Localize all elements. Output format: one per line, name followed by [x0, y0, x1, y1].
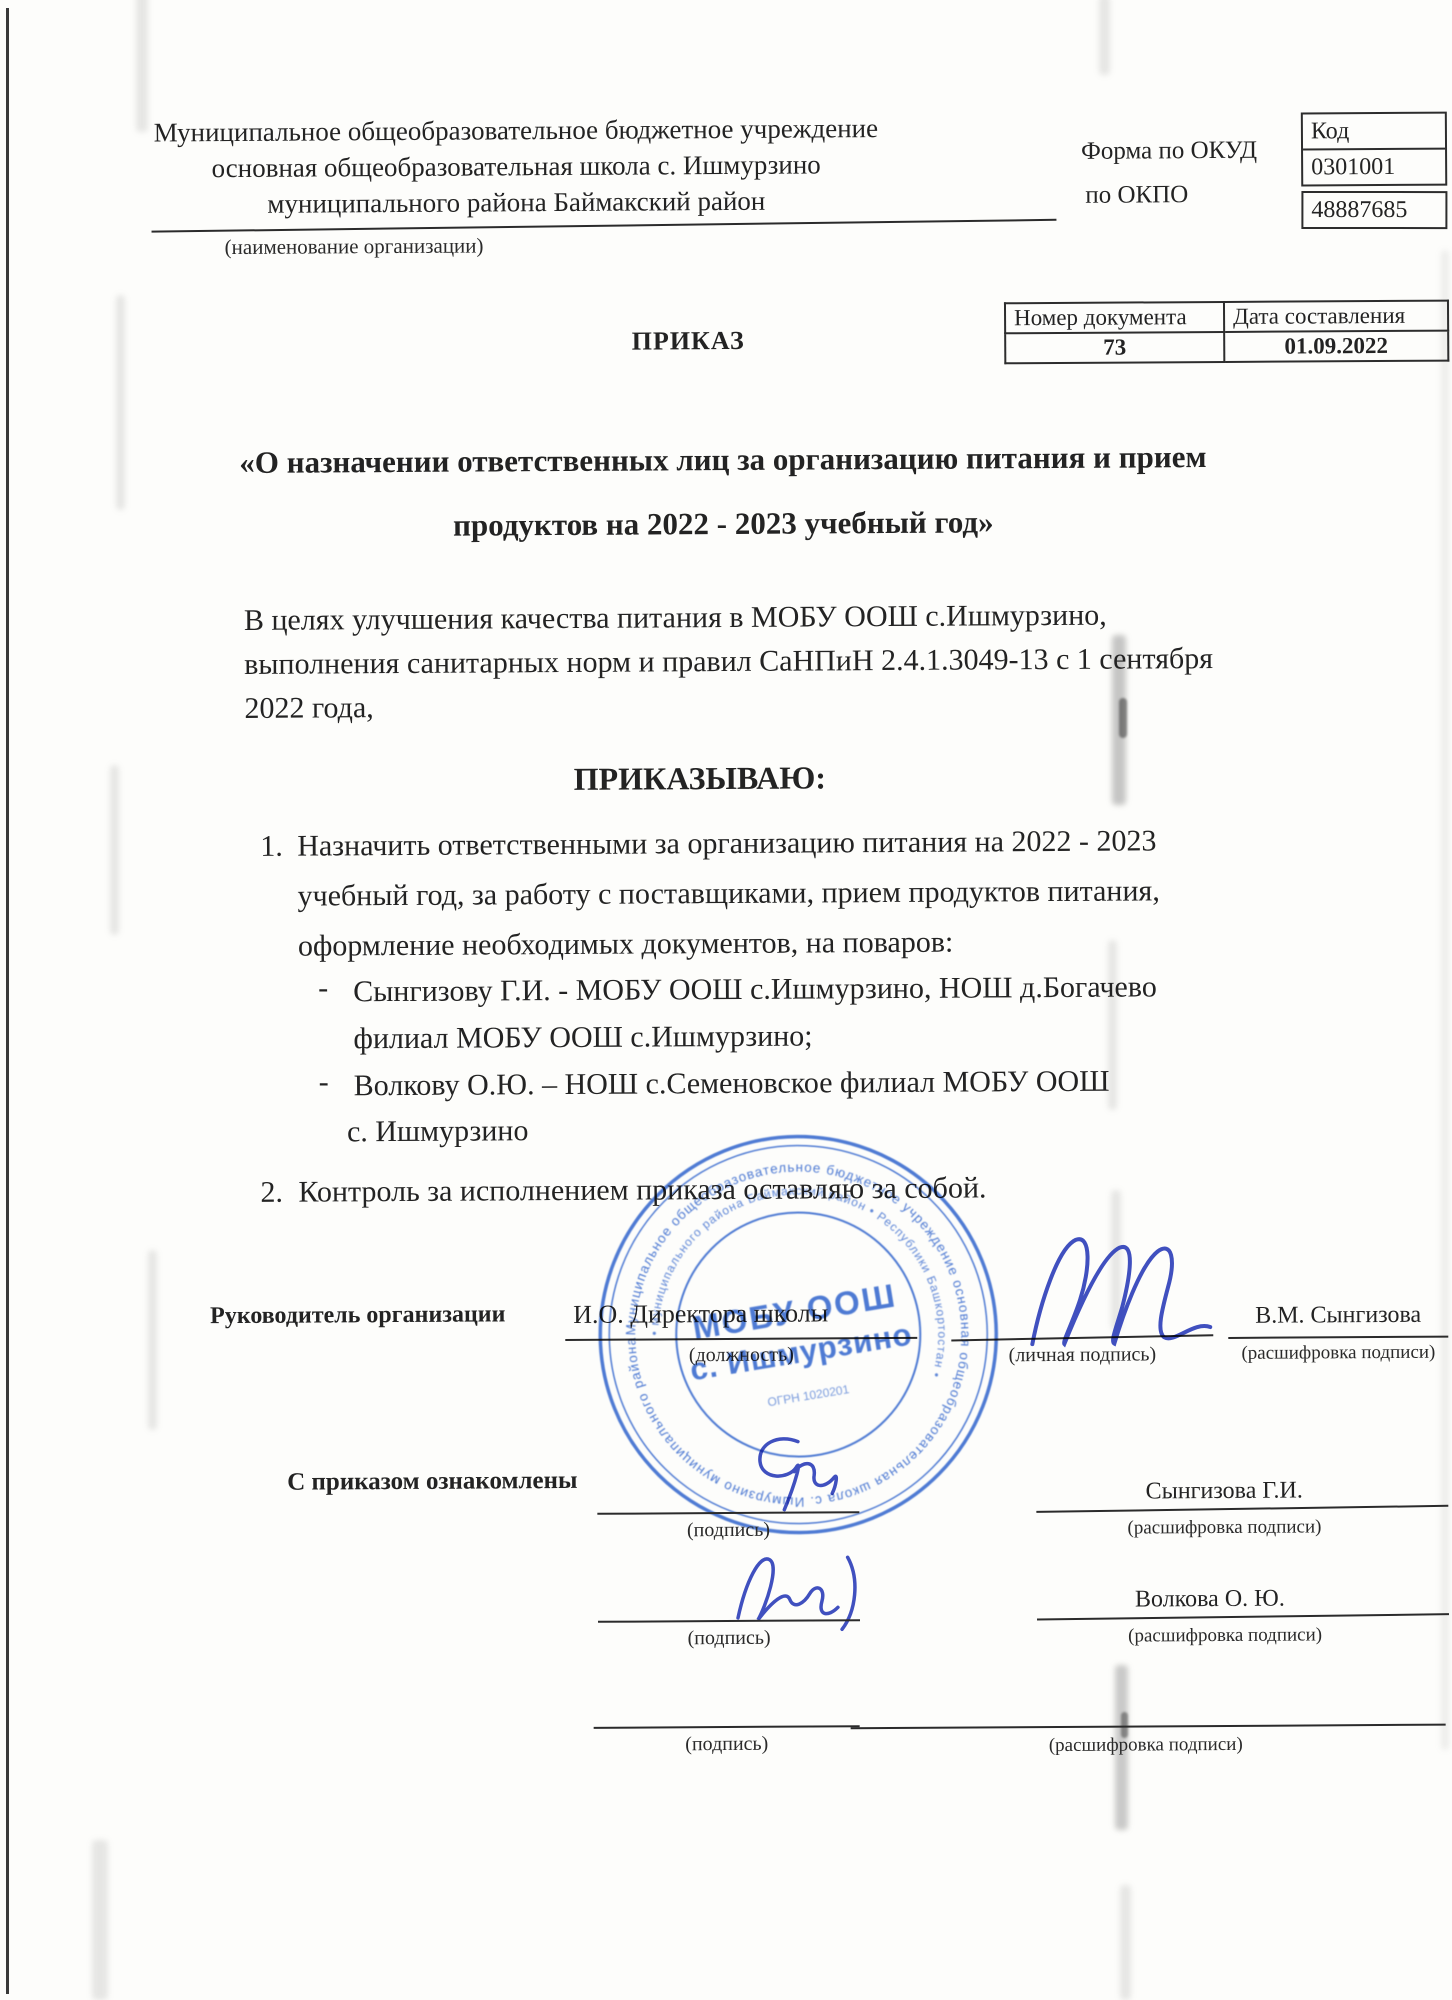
- org-name-line-2: основная общеобразовательная школа с. Иш…: [146, 147, 886, 186]
- item2-number: 2.: [260, 1173, 283, 1213]
- ack2-name-caption: (расшифровка подписи): [1065, 1624, 1385, 1648]
- item1-number: 1.: [260, 827, 283, 867]
- scanned-document-page: Муниципальное общеобразовательное бюджет…: [0, 0, 1452, 2000]
- order-label: ПРИКАЗ: [588, 326, 788, 357]
- leader-name-caption: (расшифровка подписи): [1228, 1342, 1448, 1365]
- okud-label: Форма по ОКУД: [1081, 137, 1257, 166]
- doc-date-header: Дата составления: [1224, 301, 1448, 332]
- ack-label: С приказом ознакомлены: [287, 1467, 578, 1497]
- sub1-line-1: Сынгизову Г.И. - МОБУ ООШ с.Ишмурзино, Н…: [353, 967, 1157, 1012]
- ack3-name-line: [851, 1724, 1446, 1730]
- leader-signature: [1018, 1225, 1234, 1366]
- leader-name-line: [1228, 1336, 1448, 1339]
- code-box: Код 0301001 48887685: [1301, 112, 1448, 230]
- stamp-small-text: ОГРН 1020201: [766, 1382, 850, 1409]
- intro-line-1: В целях улучшения качества питания в МОБ…: [244, 596, 1107, 641]
- doc-date-value: 01.09.2022: [1224, 331, 1448, 362]
- sub1-dash: -: [318, 968, 328, 1008]
- ack3-name-caption: (расшифровка подписи): [966, 1733, 1326, 1757]
- sub2-line-2: с. Ишмурзино: [347, 1111, 529, 1152]
- ack-signature-2: [720, 1539, 881, 1632]
- ack1-name-caption: (расшифровка подписи): [1064, 1516, 1384, 1540]
- code-okud-value: 0301001: [1303, 150, 1445, 185]
- ack2-name-line: [1037, 1613, 1449, 1620]
- code-okpo-value: 48887685: [1303, 193, 1445, 227]
- intro-line-3: 2022 года,: [244, 688, 374, 729]
- sub1-line-2: филиал МОБУ ООШ с.Ишмурзино;: [353, 1016, 812, 1059]
- okpo-label: по ОКПО: [1085, 181, 1188, 210]
- ack-signature-1: [732, 1427, 853, 1516]
- item1-line-1: Назначить ответственными за организацию …: [297, 821, 1156, 866]
- ack3-sign-caption: (подпись): [594, 1732, 860, 1757]
- order-title-line-1: «О назначении ответственных лиц за орган…: [148, 439, 1298, 482]
- code-okpo-box: 48887685: [1301, 191, 1447, 229]
- doc-number-header: Номер документа: [1005, 302, 1224, 333]
- leader-label: Руководитель организации: [210, 1301, 505, 1330]
- resolution-heading: ПРИКАЗЫВАЮ:: [450, 759, 950, 799]
- doc-number-value: 73: [1005, 332, 1224, 363]
- org-name-underline: [152, 219, 1057, 233]
- ack1-name: Сынгизова Г.И.: [1039, 1477, 1409, 1506]
- ack1-name-line: [1036, 1505, 1448, 1513]
- order-title-line-2: продуктов на 2022 - 2023 учебный год»: [148, 502, 1298, 545]
- ack3-sign-line: [594, 1725, 860, 1729]
- item1-line-3: оформление необходимых документов, на по…: [298, 923, 954, 967]
- org-name-line-1: Муниципальное общеобразовательное бюджет…: [146, 111, 886, 150]
- org-name-line-3: муниципального района Баймакский район: [146, 183, 886, 222]
- doc-meta-table: Номер документа Дата составления 73 01.0…: [1004, 300, 1449, 365]
- sub2-line-1: Волкову О.Ю. – НОШ с.Семеновское филиал …: [354, 1062, 1110, 1107]
- code-box-title: Код: [1303, 114, 1445, 151]
- ack2-sign-caption: (подпись): [598, 1626, 860, 1651]
- leader-name: В.М. Сынгизова: [1228, 1302, 1448, 1330]
- ack2-name: Волкова О. Ю.: [1040, 1585, 1380, 1614]
- intro-line-2: выполнения санитарных норм и правил СаНП…: [244, 639, 1213, 685]
- item1-line-2: учебный год, за работу с поставщиками, п…: [297, 871, 1159, 916]
- sub2-dash: -: [319, 1062, 329, 1102]
- org-name-caption: (наименование организации): [225, 233, 484, 260]
